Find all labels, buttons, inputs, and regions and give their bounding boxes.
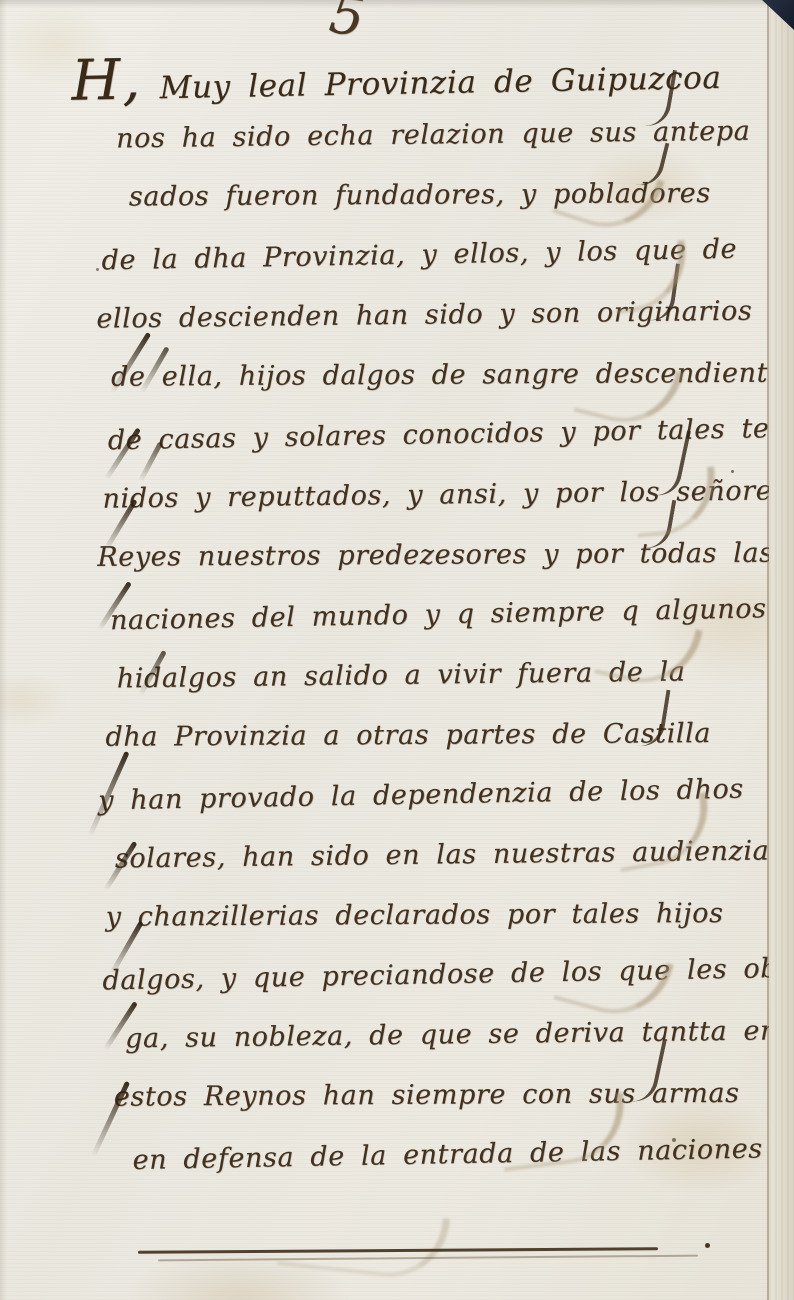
folio-mark: 5 (326, 0, 369, 49)
showthrough-mark (632, 467, 719, 538)
text-line: H, Muy leal Provinzia de Guipuzcoa (71, 40, 690, 111)
text-line: y chanzillerias declarados por tales hij… (105, 884, 699, 948)
showthrough-mark (277, 1201, 450, 1282)
text-line: en defensa de la entrada de las naciones (132, 1121, 703, 1191)
text-line: solares, han sido en las nuestras audien… (115, 822, 700, 889)
text-line: nos ha sido echa relazion que sus antepa (116, 102, 691, 169)
text-line: dha Provinzia a otras partes de Castilla (105, 704, 697, 768)
text-line: Reyes nuestros predezesores y por todas … (97, 524, 695, 588)
text-line: ellos descienden han sido y son originar… (96, 282, 693, 349)
ink-speck (672, 1138, 676, 1142)
adjacent-page-edge (769, 0, 794, 1300)
manuscript-scan: 5 H, Muy leal Provinzia de Guipuzcoanos … (0, 0, 794, 1300)
manuscript-page: 5 H, Muy leal Provinzia de Guipuzcoanos … (0, 0, 794, 1300)
text-line: de la dha Provinzia, y ellos, y los que … (101, 221, 692, 292)
ink-speck (96, 268, 99, 271)
text-line: y han provado la dependenzia de los dhos (98, 760, 699, 831)
ink-speck (731, 470, 734, 473)
ink-speck (705, 1243, 710, 1248)
text-line: nidos y reputtados, y ansi, y por los se… (102, 462, 695, 529)
